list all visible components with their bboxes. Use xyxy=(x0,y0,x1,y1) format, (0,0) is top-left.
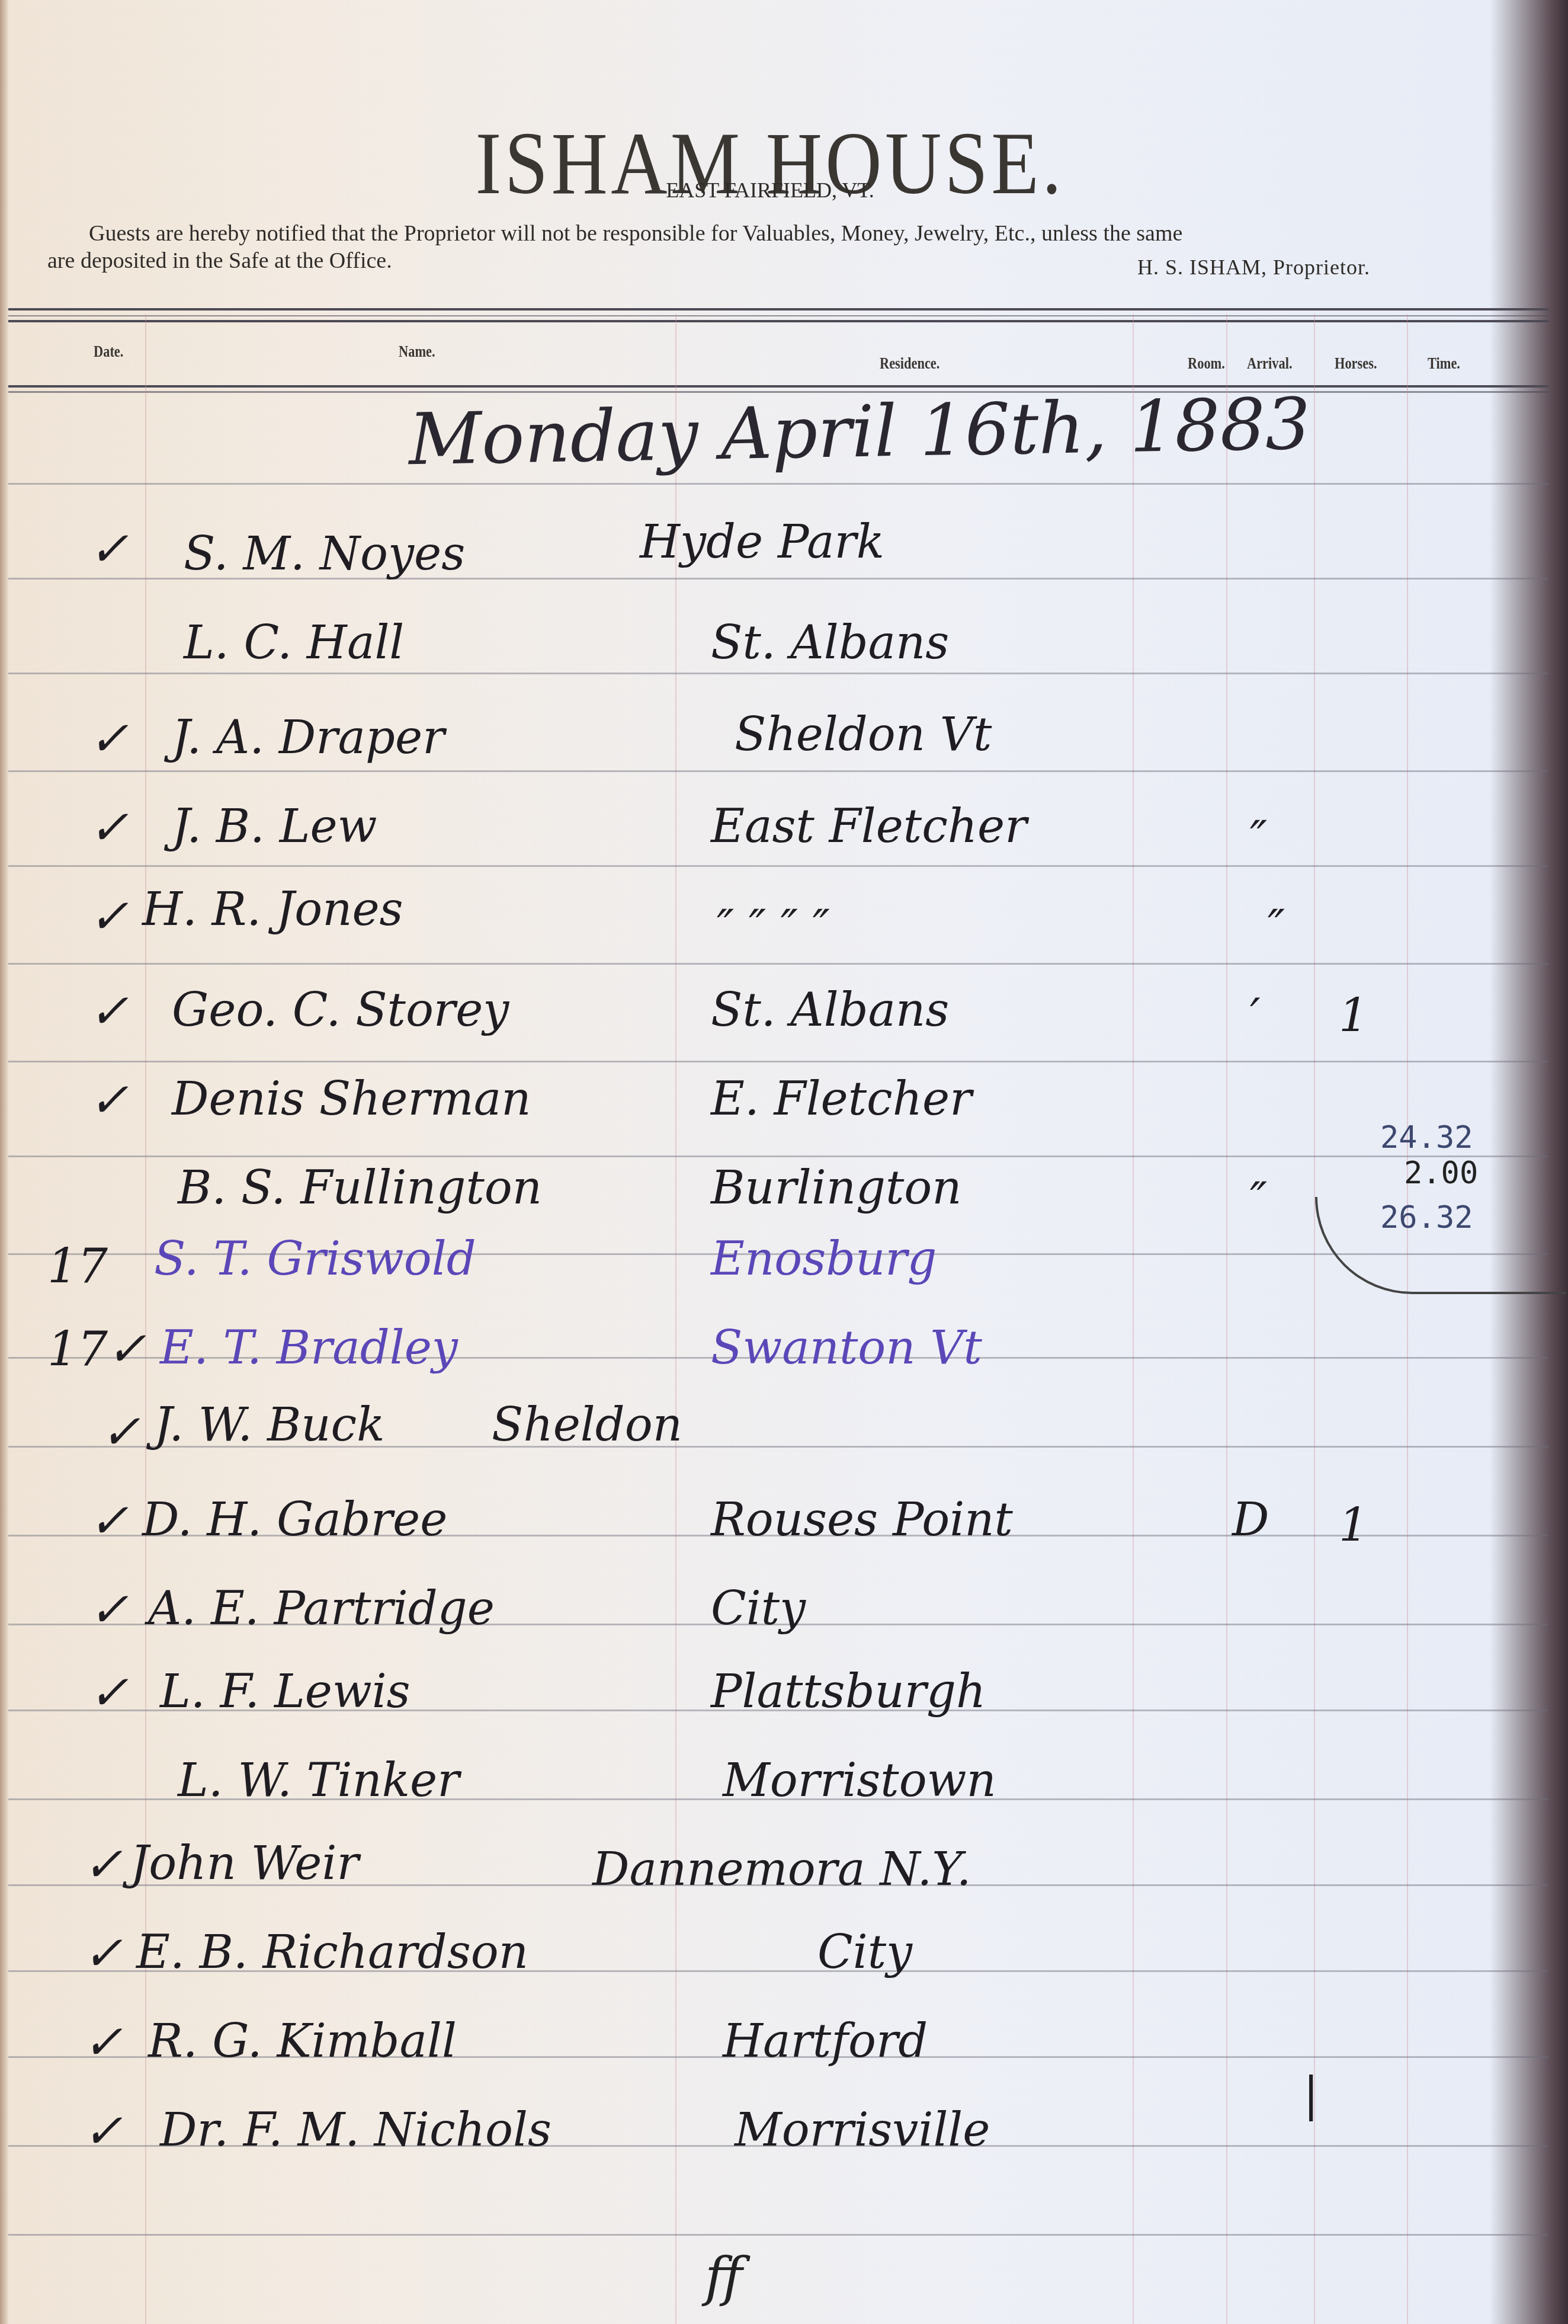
guest-residence: East Fletcher xyxy=(711,800,1027,853)
guest-residence: Sheldon xyxy=(492,1398,682,1452)
ruled-line xyxy=(8,963,1548,965)
column-divider-room xyxy=(1226,314,1227,2324)
guest-residence: Plattsburgh xyxy=(711,1665,986,1718)
guest-room: ″ xyxy=(1268,901,1285,954)
guest-residence: Morristown xyxy=(723,1754,996,1807)
guest-arrival: 1 xyxy=(1339,1499,1368,1552)
guest-room: D xyxy=(1232,1493,1269,1547)
guest-name: Denis Sherman xyxy=(172,1073,531,1126)
guest-residence: Dannemora N.Y. xyxy=(592,1843,971,1896)
column-header-horses: Horses. xyxy=(1335,354,1377,373)
sum-line-1: 24.32 xyxy=(1380,1120,1473,1155)
header-rule-top-3 xyxy=(8,320,1548,322)
entry-date: 17 xyxy=(47,1238,108,1294)
check-mark-icon: ✓ xyxy=(89,1073,129,1128)
sum-bracket xyxy=(1315,1197,1566,1294)
guest-name: A. E. Partridge xyxy=(148,1582,495,1635)
guest-residence: St. Albans xyxy=(711,616,949,670)
guest-residence: E. Fletcher xyxy=(711,1073,971,1126)
guest-name: L. C. Hall xyxy=(184,616,404,670)
guest-residence: Enosburg xyxy=(711,1233,937,1286)
sum-line-2: 2.00 xyxy=(1404,1155,1478,1191)
guest-name: D. H. Gabree xyxy=(142,1493,447,1547)
guest-residence: Swanton Vt xyxy=(711,1321,982,1375)
register-page: ISHAM HOUSE. EAST FAIRFIELD, VT. Guests … xyxy=(0,0,1540,2324)
guest-arrival: 1 xyxy=(1339,990,1368,1043)
guest-name: L. W. Tinker xyxy=(178,1754,459,1807)
column-header-arrival: Arrival. xyxy=(1247,354,1293,373)
ruled-line xyxy=(8,1061,1548,1062)
ruled-line xyxy=(8,865,1548,867)
folio-mark: ff xyxy=(705,2246,743,2308)
guest-name: J. W. Buck xyxy=(154,1398,384,1452)
ruled-line xyxy=(8,483,1548,485)
guest-name: John Weir xyxy=(130,1837,359,1890)
check-mark-icon: ✓ xyxy=(89,1665,129,1720)
check-mark-icon: ✓ xyxy=(89,800,129,855)
check-mark-icon: ✓ xyxy=(89,1582,129,1637)
ruled-line xyxy=(8,1155,1548,1157)
check-mark-icon: ✓ xyxy=(101,1404,140,1459)
guest-name: R. G. Kimball xyxy=(148,2015,457,2068)
guest-name: J. A. Draper xyxy=(172,711,444,764)
header-rule-top-2 xyxy=(8,315,1548,316)
guest-room: ″ xyxy=(1250,812,1267,865)
guest-name: J. B. Lew xyxy=(172,800,377,853)
check-mark-icon: ✓ xyxy=(83,2104,123,2159)
column-divider-name xyxy=(675,314,676,2324)
ruled-line xyxy=(8,673,1548,674)
ruled-line xyxy=(8,2234,1548,2236)
guest-residence: City xyxy=(711,1582,806,1635)
check-mark-icon: ✓ xyxy=(89,711,129,766)
date-heading: Monday April 16th, 1883 xyxy=(408,383,1312,482)
guest-room: ′ xyxy=(1250,990,1261,1043)
guest-name: Dr. F. M. Nichols xyxy=(160,2104,551,2157)
check-mark-icon: ✓ xyxy=(89,889,129,944)
column-header-residence: Residence. xyxy=(880,354,939,373)
check-mark-icon: ✓ xyxy=(89,1493,129,1548)
guest-name: B. S. Fullington xyxy=(178,1161,542,1215)
column-divider-date xyxy=(145,314,146,2324)
guest-residence: Hyde Park xyxy=(640,516,884,569)
guest-residence: Hartford xyxy=(723,2015,928,2068)
guest-residence: St. Albans xyxy=(711,984,949,1037)
guest-name: L. F. Lewis xyxy=(160,1665,411,1718)
guest-residence: Burlington xyxy=(711,1161,961,1215)
notice-line-1: Guests are hereby notified that the Prop… xyxy=(89,219,1511,248)
proprietor-signature: H. S. ISHAM, Proprietor. xyxy=(1137,255,1370,280)
guest-residence: City xyxy=(817,1926,912,1979)
header-rule-top xyxy=(8,308,1548,310)
guest-name: E. T. Bradley xyxy=(160,1321,458,1375)
check-mark-icon: ✓ xyxy=(83,1837,123,1892)
guest-name: S. M. Noyes xyxy=(184,527,465,581)
book-spine-edge xyxy=(0,0,8,2324)
ruled-line xyxy=(8,770,1548,772)
guest-name: E. B. Richardson xyxy=(136,1926,528,1979)
column-divider-arrival xyxy=(1314,314,1315,2324)
guest-residence: Morrisville xyxy=(735,2104,990,2157)
guest-name: H. R. Jones xyxy=(142,883,403,936)
check-mark-icon: ✓ xyxy=(89,984,129,1039)
column-header-name: Name. xyxy=(399,342,435,361)
check-mark-icon: ✓ xyxy=(83,1926,123,1981)
column-header-room: Room. xyxy=(1188,354,1225,373)
column-header-date: Date. xyxy=(94,342,123,361)
column-header-time: Time. xyxy=(1428,354,1460,373)
guest-horses: | xyxy=(1303,2068,1319,2121)
column-divider-residence xyxy=(1133,314,1134,2324)
entry-date: 17 xyxy=(47,1321,108,1377)
column-divider-horses xyxy=(1407,314,1408,2324)
header-rule-bottom xyxy=(8,385,1548,388)
check-mark-icon: ✓ xyxy=(107,1321,146,1377)
hotel-location: EAST FAIRFIELD, VT. xyxy=(0,178,1540,203)
guest-room: ″ xyxy=(1250,1173,1267,1227)
guest-name: Geo. C. Storey xyxy=(172,984,509,1037)
check-mark-icon: ✓ xyxy=(89,521,129,577)
guest-residence: ″ ″ ″ ″ xyxy=(717,901,830,954)
guest-residence: Sheldon Vt xyxy=(735,708,992,761)
guest-name: S. T. Griswold xyxy=(154,1233,476,1286)
notice-line-2: are deposited in the Safe at the Office. xyxy=(47,248,392,274)
check-mark-icon: ✓ xyxy=(83,2015,123,2070)
guest-residence: Rouses Point xyxy=(711,1493,1013,1547)
